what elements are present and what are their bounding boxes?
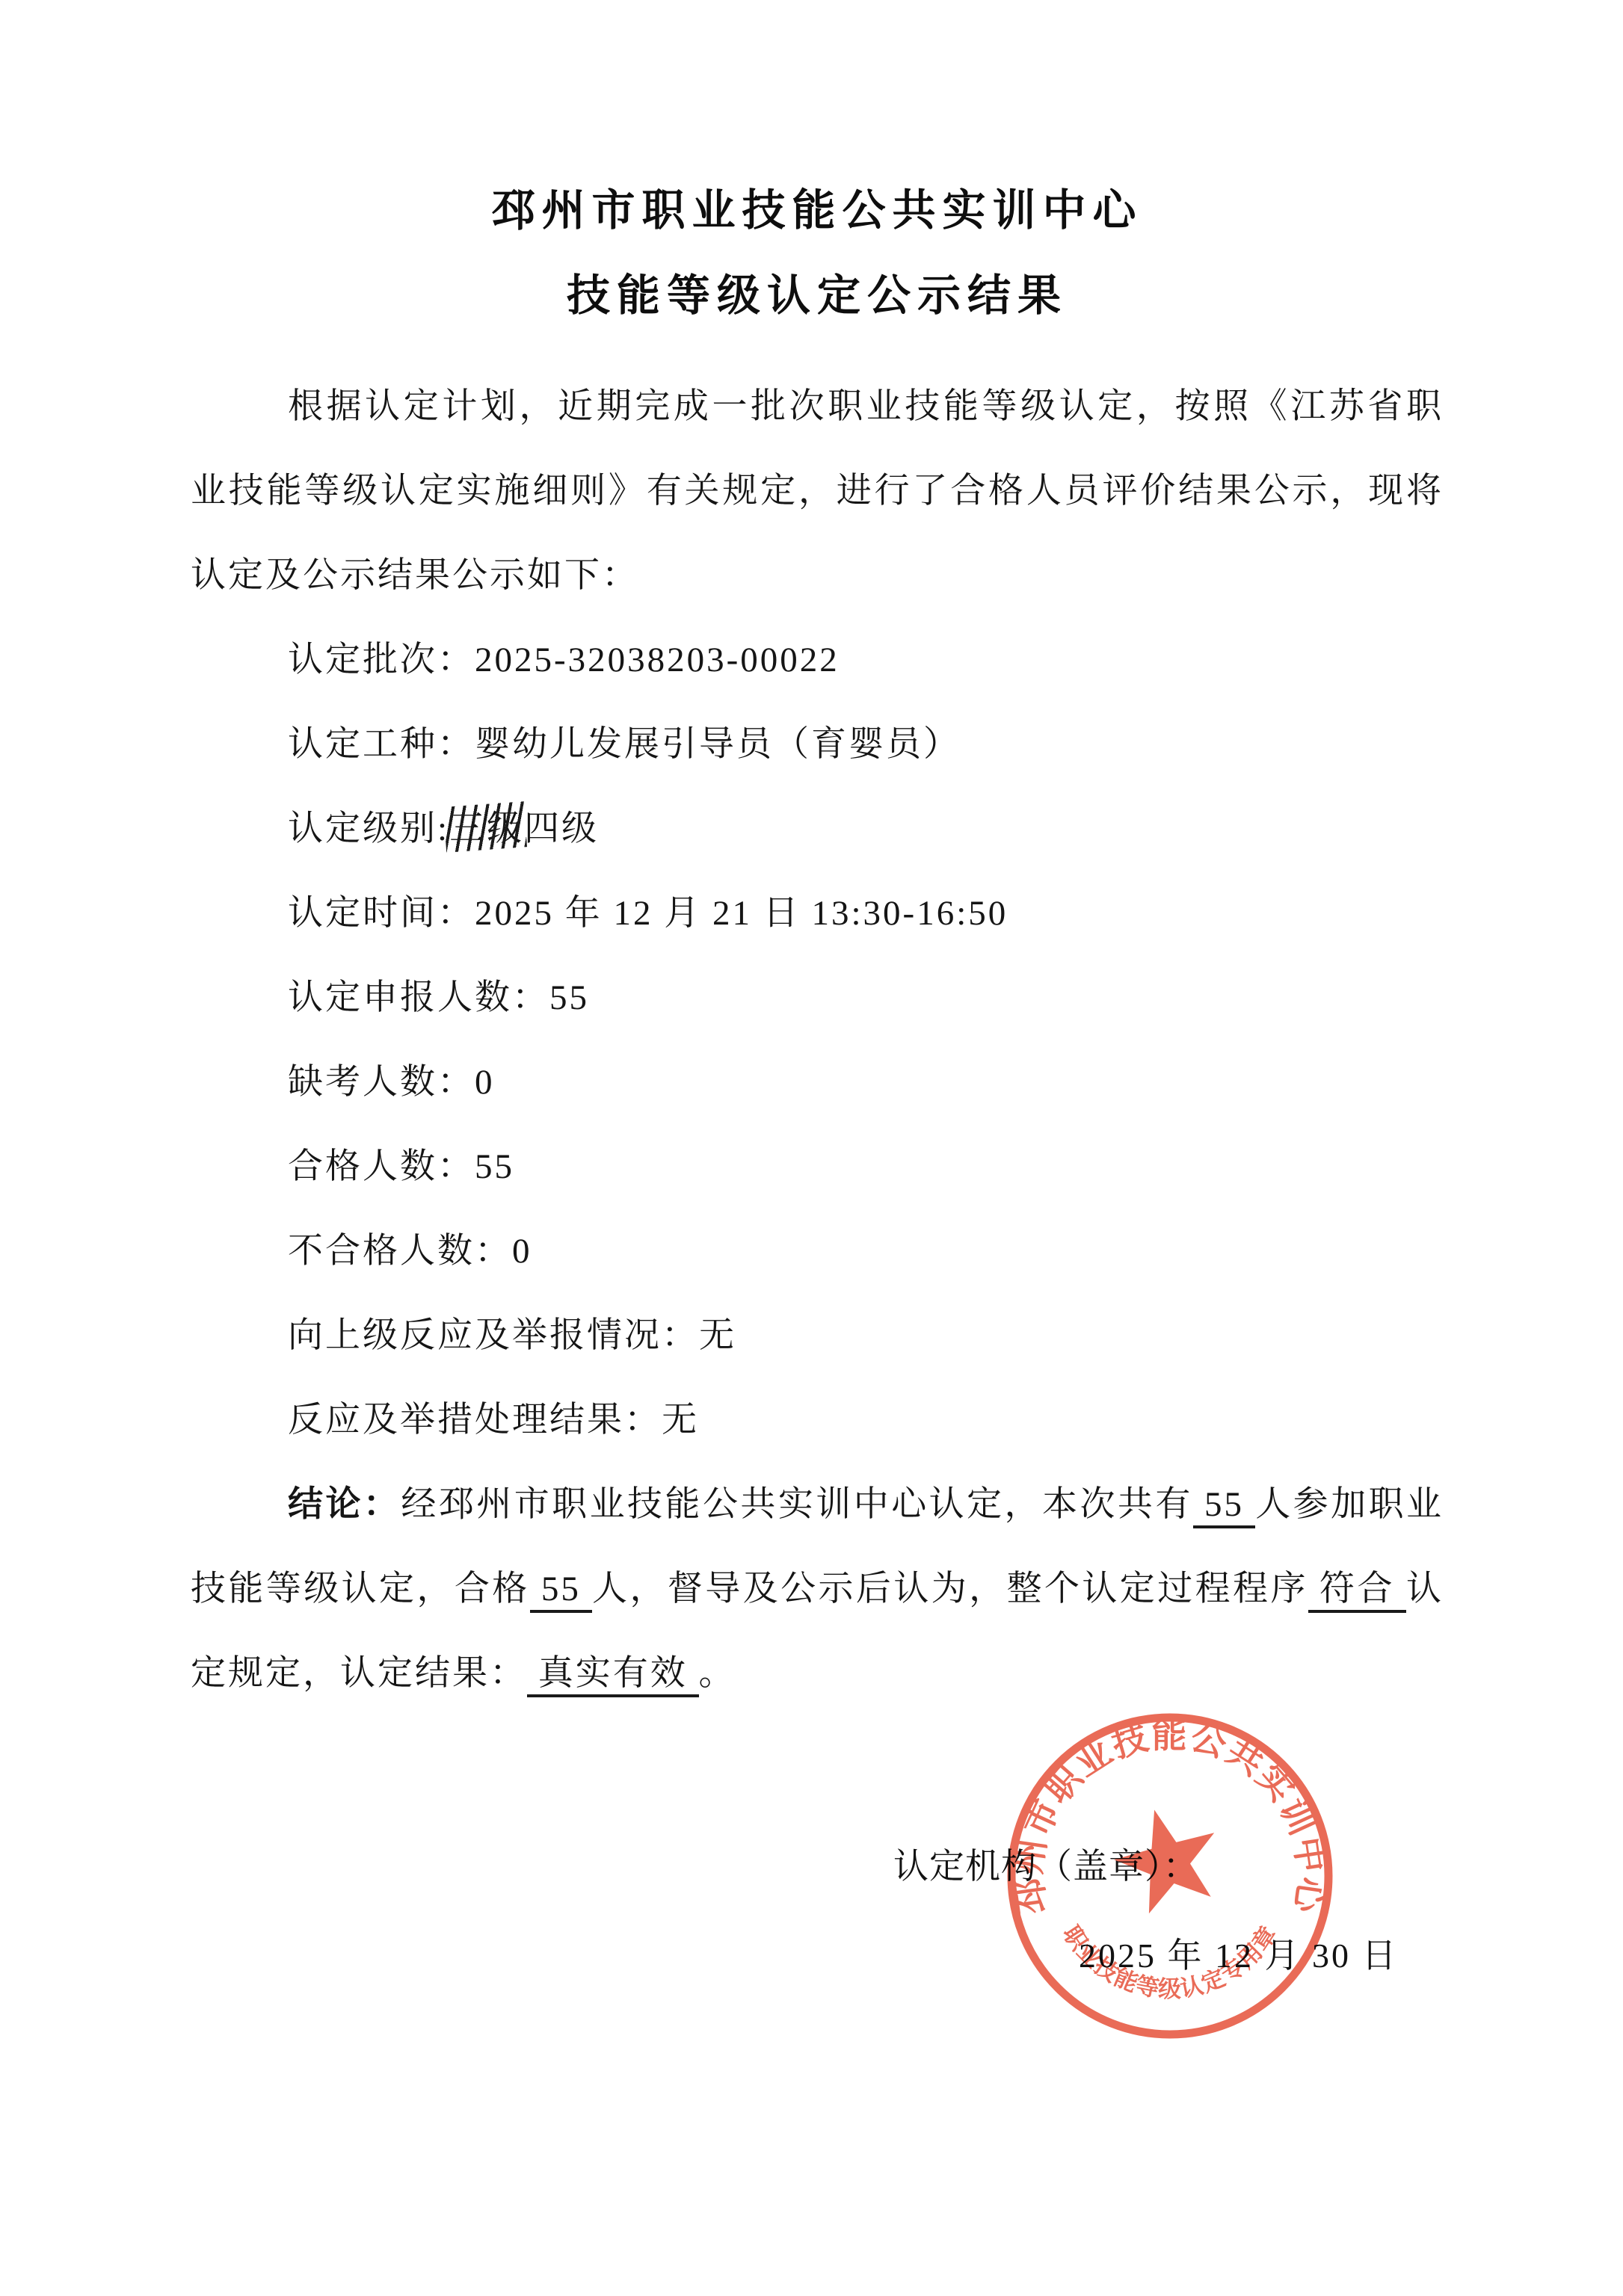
conclusion-underlined-valid: 真实有效 — [527, 1654, 699, 1697]
field-occupation: 认定工种：婴幼儿发展引导员（育婴员） — [288, 703, 1444, 787]
field-passed: 合格人数：55 — [288, 1125, 1444, 1209]
document-subtitle: 技能等级认定公示结果 — [191, 272, 1444, 320]
conclusion-paragraph: 结论：经邳州市职业技能公共实训中心认定，本次共有 55 人参加职业技能等级认定，… — [191, 1463, 1444, 1716]
field-failed: 不合格人数：0 — [288, 1209, 1444, 1294]
conclusion-underlined-passed: 55 — [530, 1570, 592, 1613]
field-level: 认定级别:三级四级 — [288, 787, 1444, 871]
conclusion-text-3: 人，督导及公示后认为，整个认定过程程序 — [592, 1570, 1308, 1608]
field-applicants: 认定申报人数：55 — [288, 956, 1444, 1040]
field-time: 认定时间：2025 年 12 月 21 日 13:30-16:50 — [288, 871, 1444, 956]
field-batch: 认定批次：2025-32038203-00022 — [288, 618, 1444, 703]
field-level-struck-value: 三级 — [449, 812, 524, 847]
official-stamp: 邳州市职业技能公共实训中心 职业技能等级认定专用章 — [998, 1704, 1342, 2048]
field-absent: 缺考人数：0 — [288, 1040, 1444, 1125]
stamp-star-icon — [1114, 1810, 1214, 1914]
document-title: 邳州市职业技能公共实训中心 — [191, 187, 1444, 235]
conclusion-label: 结论： — [288, 1485, 401, 1524]
field-handling: 反应及举措处理结果：无 — [288, 1378, 1444, 1463]
conclusion-underlined-conform: 符合 — [1308, 1570, 1406, 1613]
field-reports: 向上级反应及举报情况：无 — [288, 1294, 1444, 1378]
field-level-value: 四级 — [524, 809, 599, 848]
stamp-bottom-text: 职业技能等级认定专用章 — [1058, 1921, 1282, 2002]
conclusion-text-5: 。 — [699, 1654, 736, 1693]
document-page: 邳州市职业技能公共实训中心 技能等级认定公示结果 根据认定计划，近期完成一批次职… — [0, 0, 1623, 2296]
conclusion-text-1: 经邳州市职业技能公共实训中心认定，本次共有 — [401, 1485, 1192, 1524]
field-level-prefix: 认定级别: — [288, 809, 449, 848]
intro-paragraph: 根据认定计划，近期完成一批次职业技能等级认定，按照《江苏省职业技能等级认定实施细… — [191, 365, 1444, 618]
conclusion-underlined-total: 55 — [1193, 1485, 1255, 1528]
